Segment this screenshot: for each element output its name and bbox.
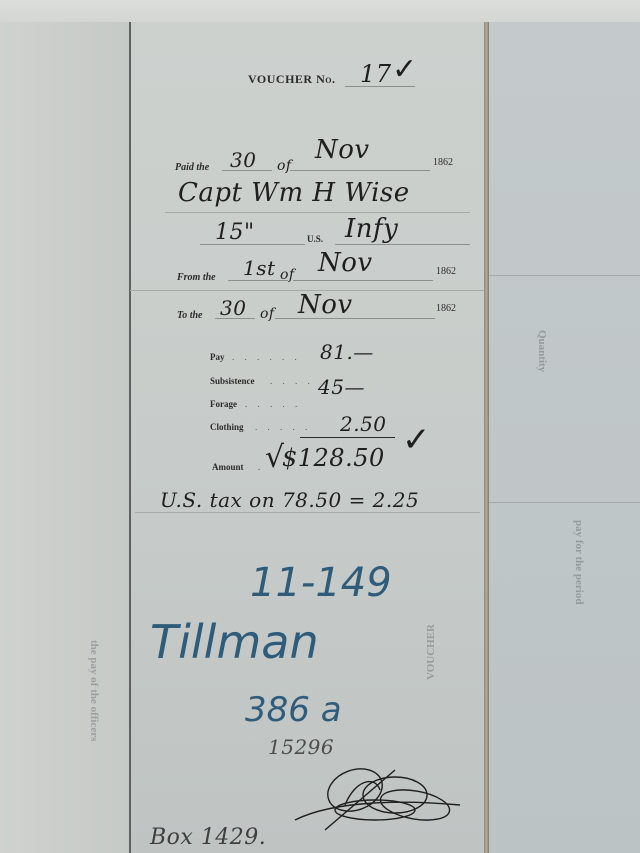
checkmark-icon: ✓ <box>392 52 417 87</box>
ghost-text: the pay of the officers <box>88 640 100 741</box>
left-panel <box>0 22 130 853</box>
from-prefix: From the <box>177 272 216 283</box>
item-label-clothing: Clothing <box>210 422 244 432</box>
payee-line <box>165 212 470 213</box>
from-day-line <box>228 280 288 281</box>
right-panel <box>485 22 640 853</box>
ghost-text: pay for the period <box>573 520 585 604</box>
signature-flourish-icon <box>285 760 465 835</box>
left-fold-crease <box>129 22 131 853</box>
checkmark-icon: ✓ <box>402 420 431 460</box>
item-label-pay: Pay <box>210 352 225 362</box>
amount-leader-dot: . <box>258 462 264 472</box>
to-prefix: To the <box>177 310 202 321</box>
to-year: 1862 <box>436 303 456 314</box>
regiment-number: 15" <box>215 220 255 245</box>
pencil-number: 15296 <box>268 735 334 759</box>
tax-note: U.S. tax on 78.50 = 2.25 <box>160 488 419 512</box>
box-number: Box 1429. <box>150 825 266 850</box>
paid-day: 30 <box>230 148 256 172</box>
voucher-label: VOUCHER No. <box>248 72 335 87</box>
from-month-line <box>293 280 433 281</box>
right-fold-crease <box>484 22 489 853</box>
sum-line <box>300 437 395 438</box>
branch-print: U.S. <box>307 234 323 244</box>
item-label-subsistence: Subsistence <box>210 376 255 386</box>
payee-name: Capt Wm H Wise <box>178 178 410 208</box>
right-panel-rule <box>489 502 640 503</box>
to-of: of <box>260 306 275 322</box>
branch-line <box>335 244 470 245</box>
ghost-text: VOUCHER <box>425 624 437 680</box>
annotation-name: Tillman <box>150 615 319 669</box>
regiment-line <box>200 244 305 245</box>
item-leader-dots: . . . . <box>270 376 314 386</box>
amount-label: Amount <box>212 462 244 472</box>
item-leader-dots: . . . . . <box>245 399 301 409</box>
item-leader-dots: . . . . . <box>255 422 311 432</box>
item-label-forage: Forage <box>210 399 237 409</box>
branch: Infy <box>345 214 398 244</box>
month-line <box>290 170 430 171</box>
paid-prefix: Paid the <box>175 162 209 173</box>
right-panel-rule <box>489 275 640 276</box>
amount-value: $128.50 <box>282 444 385 472</box>
tax-line <box>135 512 480 513</box>
item-value-clothing: 2.50 <box>340 412 387 436</box>
from-month: Nov <box>318 248 373 278</box>
paid-year: 1862 <box>433 157 453 168</box>
voucher-number: 17 <box>360 60 392 88</box>
file-number: 11-149 <box>250 560 392 606</box>
to-day: 30 <box>220 296 246 320</box>
item-value-subsistence: 45— <box>318 375 365 399</box>
top-fold-strip <box>0 0 640 23</box>
item-value-pay: 81.— <box>320 340 374 364</box>
paid-month: Nov <box>315 135 370 165</box>
to-month: Nov <box>298 290 353 320</box>
paid-of: of <box>277 158 292 174</box>
from-day: 1st <box>243 256 276 280</box>
from-year: 1862 <box>436 266 456 277</box>
annotation-code: 386 a <box>245 690 342 730</box>
ghost-text: Quantity <box>536 330 548 372</box>
item-leader-dots: . . . . . . <box>232 352 301 362</box>
